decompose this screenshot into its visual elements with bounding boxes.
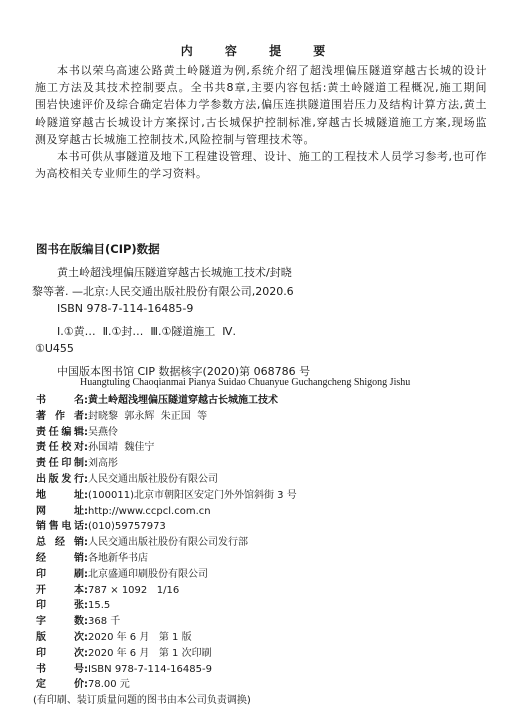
colophon-key: 书名 xyxy=(36,393,84,409)
paragraph-line: 围岩快速评价及综合确定岩体力学参数方法,偏压连拱隧道围岩压力及结构计算方法,黄土 xyxy=(35,96,487,113)
paragraph-line: 施工方法及其技术控制要点。全书共8章,主要内容包括:黄土岭隧道工程概况,施工期间 xyxy=(35,79,487,96)
paragraph-line: 本书以荣乌高速公路黄土岭隧道为例,系统介绍了超浅埋偏压隧道穿越古长城的设计 xyxy=(35,62,487,79)
colophon-row: 书名:黄土岭超浅埋偏压隧道穿越古长城施工技术 xyxy=(36,393,278,409)
colophon-value: 孙国靖 魏佳宁 xyxy=(88,442,154,453)
colophon-key: 印刷 xyxy=(36,567,84,583)
colophon-key: 版次 xyxy=(36,630,84,646)
colophon-value: ISBN 978-7-114-16485-9 xyxy=(88,664,212,675)
colophon-row: 销售电话:(010)59757973 xyxy=(36,519,166,535)
colophon-value: 各地新华书店 xyxy=(88,553,148,564)
summary-paragraph-1: 本书以荣乌高速公路黄土岭隧道为例,系统介绍了超浅埋偏压隧道穿越古长城的设计 施工… xyxy=(35,62,487,148)
colophon-key: 责任校对 xyxy=(36,440,84,456)
colophon-value: 人民交通出版社股份有限公司发行部 xyxy=(88,537,248,548)
colophon-value: (010)59757973 xyxy=(88,521,166,532)
colophon-row: 字数:368 千 xyxy=(36,614,120,630)
colophon-key: 出版发行 xyxy=(36,472,84,488)
colophon-key: 销售电话 xyxy=(36,519,84,535)
colophon-row: 责任印制:刘高彤 xyxy=(36,456,118,472)
colophon-value: 787 × 1092 1/16 xyxy=(88,585,179,596)
colophon-key: 网址 xyxy=(36,504,84,520)
cip-classification-code: ①U455 xyxy=(35,342,74,355)
colophon-value: 北京盛通印刷股份有限公司 xyxy=(88,569,208,580)
paragraph-line: 本书可供从事隧道及地下工程建设管理、设计、施工的工程技术人员学习参考,也可作 xyxy=(35,148,487,165)
colophon-row: 印张:15.5 xyxy=(36,598,110,614)
colophon-value: 15.5 xyxy=(88,600,110,611)
colophon-key: 著作者 xyxy=(36,409,84,425)
colophon-value: 2020 年 6 月 第 1 次印刷 xyxy=(88,648,212,659)
colophon-key: 地址 xyxy=(36,488,84,504)
colophon-row: 著作者:封晓黎 郭永辉 朱正国 等 xyxy=(36,409,207,425)
colophon-row: 书号:ISBN 978-7-114-16485-9 xyxy=(36,662,212,678)
colophon-value: 吴燕伶 xyxy=(88,427,118,438)
colophon-row: 责任编辑:吴燕伶 xyxy=(36,425,118,441)
summary-paragraph-2: 本书可供从事隧道及地下工程建设管理、设计、施工的工程技术人员学习参考,也可作 为… xyxy=(35,148,487,182)
colophon-key: 字数 xyxy=(36,614,84,630)
summary-title: 内 容 提 要 xyxy=(0,42,520,59)
cip-line: 黄土岭超浅埋偏压隧道穿越古长城施工技术/封晓 xyxy=(57,264,292,280)
colophon-value: 黄土岭超浅埋偏压隧道穿越古长城施工技术 xyxy=(88,395,278,406)
paragraph-line: 测及穿越古长城施工控制技术,风险控制与管理技术等。 xyxy=(35,131,487,148)
cip-isbn: ISBN 978-7-114-16485-9 xyxy=(57,302,193,315)
paragraph-line: 岭隧道穿越古长城设计方案探讨,古长城保护控制标准,穿越古长城隧道施工方案,现场监 xyxy=(35,114,487,131)
cip-heading: 图书在版编目(CIP)数据 xyxy=(36,241,160,257)
colophon-key: 责任印制 xyxy=(36,456,84,472)
colophon-value: 刘高彤 xyxy=(88,458,118,469)
quality-note: (有印刷、装订质量问题的图书由本公司负责调换) xyxy=(33,691,251,706)
colophon-value: 封晓黎 郭永辉 朱正国 等 xyxy=(88,411,207,422)
colophon-row: 地址:(100011)北京市朝阳区安定门外外馆斜街 3 号 xyxy=(36,488,297,504)
colophon-key: 总经销 xyxy=(36,535,84,551)
colophon-row: 网址:http://www.ccpcl.com.cn xyxy=(36,504,211,520)
cip-classification: Ⅰ.①黄… Ⅱ.①封… Ⅲ.①隧道施工 Ⅳ. xyxy=(57,323,236,339)
cip-line: 黎等著. —北京:人民交通出版社股份有限公司,2020.6 xyxy=(32,283,294,299)
colophon-value: http://www.ccpcl.com.cn xyxy=(88,506,211,517)
colophon-value: 78.00 元 xyxy=(88,679,130,690)
colophon-row: 责任校对:孙国靖 魏佳宁 xyxy=(36,440,154,456)
colophon-key: 书号 xyxy=(36,662,84,678)
colophon-key: 印次 xyxy=(36,646,84,662)
paragraph-line: 为高校相关专业师生的学习资料。 xyxy=(35,165,487,182)
pinyin-title: Huangtuling Chaoqianmai Pianya Suidao Ch… xyxy=(80,377,410,388)
colophon-value: 2020 年 6 月 第 1 版 xyxy=(88,632,192,643)
colophon-key: 责任编辑 xyxy=(36,425,84,441)
colophon-key: 经销 xyxy=(36,551,84,567)
colophon-key: 开本 xyxy=(36,583,84,599)
colophon-value: (100011)北京市朝阳区安定门外外馆斜街 3 号 xyxy=(88,490,297,501)
colophon-value: 人民交通出版社股份有限公司 xyxy=(88,474,218,485)
colophon-row: 出版发行:人民交通出版社股份有限公司 xyxy=(36,472,218,488)
colophon-row: 版次:2020 年 6 月 第 1 版 xyxy=(36,630,192,646)
colophon-row: 总经销:人民交通出版社股份有限公司发行部 xyxy=(36,535,248,551)
colophon-key: 印张 xyxy=(36,598,84,614)
colophon-row: 印次:2020 年 6 月 第 1 次印刷 xyxy=(36,646,212,662)
colophon-row: 经销:各地新华书店 xyxy=(36,551,148,567)
colophon-row: 印刷:北京盛通印刷股份有限公司 xyxy=(36,567,208,583)
colophon-row: 开本:787 × 1092 1/16 xyxy=(36,583,179,599)
colophon-value: 368 千 xyxy=(88,616,120,627)
